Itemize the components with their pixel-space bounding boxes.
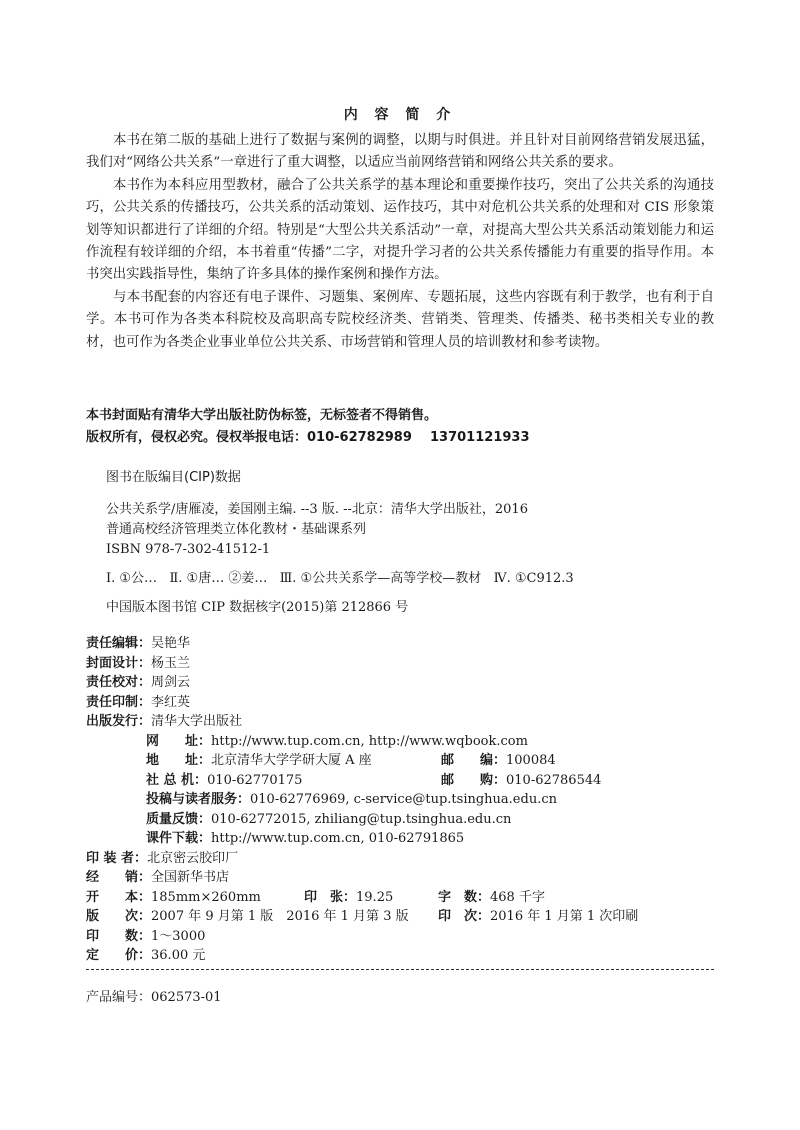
credit-print-run: 印 数：1～3000 [86,927,557,947]
publisher-mail-order: 邮 购：010-62786544 [441,771,601,791]
publisher-submissions: 投稿与读者服务：010-62776969, c-service@tup.tsin… [86,790,557,810]
dashed-divider [86,969,714,970]
anti-counterfeit-notice: 本书封面贴有清华大学出版社防伪标签，无标签者不得销售。 [86,405,530,427]
publisher-switchboard-row: 社 总 机：010-62770175 邮 购：010-62786544 [86,771,557,791]
credit-proofreader: 责任校对：周剑云 [86,673,557,693]
cip-line: 普通高校经济管理类立体化教材・基础课系列 [106,520,574,540]
credit-price: 定 价：36.00 元 [86,946,557,966]
credit-cover-design: 封面设计：杨玉兰 [86,654,557,674]
publisher-website: 网 址：http://www.tup.com.cn, http://www.wq… [86,732,557,752]
summary-paragraph: 与本书配套的内容还有电子课件、习题集、案例库、专题拓展，这些内容既有利于教学，也… [86,287,714,354]
cip-record-number: 中国版本图书馆 CIP 数据核字(2015)第 212866 号 [106,598,574,618]
content-summary: 本书在第二版的基础上进行了数据与案例的调整，以期与时俱进。并且针对目前网络营销发… [86,130,714,354]
cip-line: 公共关系学/唐雁凌，姜国刚主编. --3 版. --北京：清华大学出版社，201… [106,500,574,520]
summary-paragraph: 本书在第二版的基础上进行了数据与案例的调整，以期与时俱进。并且针对目前网络营销发… [86,130,714,175]
credit-sheets: 印 张：19.25 [304,888,393,908]
credit-printing-manager: 责任印制：李红英 [86,693,557,713]
credit-impression: 印 次：2016 年 1 月第 1 次印刷 [438,907,638,927]
publisher-quality-feedback: 质量反馈：010-62772015, zhiliang@tup.tsinghua… [86,810,557,830]
publication-credits: 责任编辑：吴艳华 封面设计：杨玉兰 责任校对：周剑云 责任印制：李红英 出版发行… [86,634,557,966]
cip-title: 图书在版编目(CIP)数据 [106,468,574,488]
product-number: 产品编号：062573-01 [86,986,222,1005]
credit-word-count: 字 数：468 千字 [438,888,545,908]
summary-paragraph: 本书作为本科应用型教材，融合了公共关系学的基本理论和重要操作技巧，突出了公共关系… [86,175,714,287]
cip-classification: Ⅰ. ①公… Ⅱ. ①唐… ②姜… Ⅲ. ①公共关系学—高等学校—教材 Ⅳ. ①… [106,569,574,589]
publisher-address-row: 地 址：北京清华大学学研大厦 A 座 邮 编：100084 [86,751,557,771]
credit-publisher: 出版发行：清华大学出版社 [86,712,557,732]
copyright-page: 内 容 简 介 本书在第二版的基础上进行了数据与案例的调整，以期与时俱进。并且针… [0,0,800,1130]
cip-isbn: ISBN 978-7-302-41512-1 [106,540,574,560]
credit-edition-row: 版 次：2007 年 9 月第 1 版 2016 年 1 月第 3 版 印 次：… [86,907,557,927]
credit-format-row: 开 本：185mm×260mm 印 张：19.25 字 数：468 千字 [86,888,557,908]
piracy-report-notice: 版权所有，侵权必究。侵权举报电话：010-62782989 1370112193… [86,427,530,449]
publisher-postcode: 邮 编：100084 [441,751,556,771]
page-title: 内 容 简 介 [0,104,800,124]
credit-editor: 责任编辑：吴艳华 [86,634,557,654]
credit-printer: 印 装 者：北京密云胶印厂 [86,849,557,869]
cip-data-block: 图书在版编目(CIP)数据 公共关系学/唐雁凌，姜国刚主编. --3 版. --… [106,468,574,618]
publisher-courseware: 课件下载：http://www.tup.com.cn, 010-62791865 [86,829,557,849]
copyright-notice: 本书封面贴有清华大学出版社防伪标签，无标签者不得销售。 版权所有，侵权必究。侵权… [86,405,530,449]
credit-distributor: 经 销：全国新华书店 [86,868,557,888]
